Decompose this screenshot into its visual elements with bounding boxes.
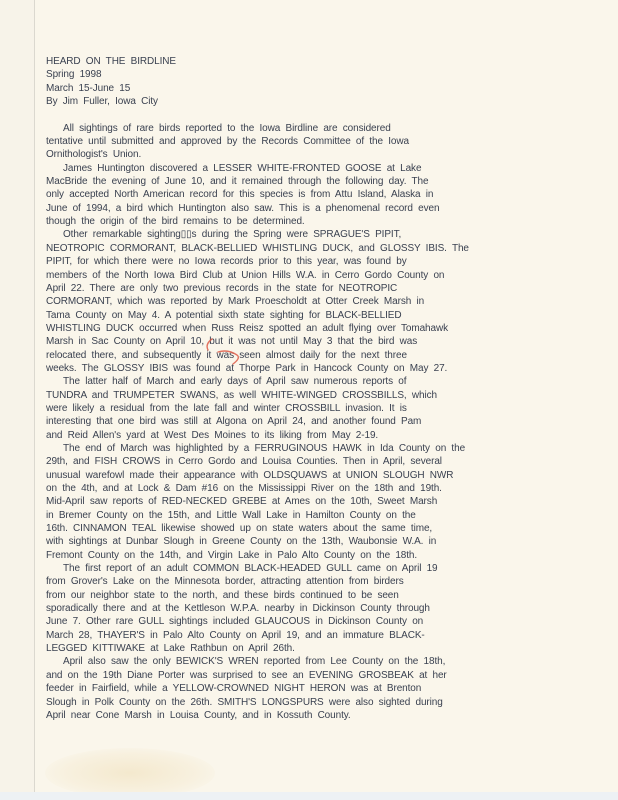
text-line: LEGGED KITTIWAKE at Lake Rathbun on Apri…	[46, 642, 476, 655]
text-line: and Reid Allen's yard at West Des Moines…	[46, 429, 476, 442]
text-line: All sightings of rare birds reported to …	[46, 122, 476, 135]
subtitle-daterange: March 15-June 15	[46, 82, 476, 95]
document-header: HEARD ON THE BIRDLINE Spring 1998 March …	[46, 55, 476, 108]
text-line: Tama County on May 4. A potential sixth …	[46, 309, 476, 322]
paragraph: James Huntington discovered a LESSER WHI…	[46, 162, 476, 229]
document-body: All sightings of rare birds reported to …	[46, 122, 476, 722]
text-line: June 7. Other rare GULL sightings includ…	[46, 615, 476, 628]
text-line: Other remarkable sighting▯▯s during the …	[46, 228, 476, 241]
text-line: unusual warefowl made their appearance w…	[46, 469, 476, 482]
text-line: James Huntington discovered a LESSER WHI…	[46, 162, 476, 175]
text-line: MacBride the evening of June 10, and it …	[46, 175, 476, 188]
paragraph: The first report of an adult COMMON BLAC…	[46, 562, 476, 655]
text-line: Marsh in Sac County on April 10, but it …	[46, 335, 476, 348]
text-line: on the 4th, and at Lock & Dam #16 on the…	[46, 482, 476, 495]
text-line: NEOTROPIC CORMORANT, BLACK-BELLIED WHIST…	[46, 242, 476, 255]
text-line: The first report of an adult COMMON BLAC…	[46, 562, 476, 575]
paragraph: April also saw the only BEWICK'S WREN re…	[46, 655, 476, 722]
text-line: weeks. The GLOSSY IBIS was found at Thor…	[46, 362, 476, 375]
text-line: Fremont County on the 14th, and Virgin L…	[46, 549, 476, 562]
title-line: HEARD ON THE BIRDLINE	[46, 55, 476, 68]
text-line: were likely a residual from the late fal…	[46, 402, 476, 415]
scanned-document-page: HEARD ON THE BIRDLINE Spring 1998 March …	[0, 0, 618, 800]
paragraph: The latter half of March and early days …	[46, 375, 476, 442]
paragraph: The end of March was highlighted by a FE…	[46, 442, 476, 562]
text-line: April 22. There are only two previous re…	[46, 282, 476, 295]
text-line: interesting that one bird was still at A…	[46, 415, 476, 428]
text-line: relocated there, and subsequently it was…	[46, 349, 476, 362]
text-line: The latter half of March and early days …	[46, 375, 476, 388]
text-line: Ornithologist's Union.	[46, 148, 476, 161]
scan-left-edge	[0, 0, 34, 800]
text-line: WHISTLING DUCK occurred when Russ Reisz …	[46, 322, 476, 335]
text-line: members of the North Iowa Bird Club at U…	[46, 269, 476, 282]
text-line: in Bremer County on the 15th, and Little…	[46, 509, 476, 522]
text-line: CORMORANT, which was reported by Mark Pr…	[46, 295, 476, 308]
paper-stain	[45, 748, 215, 798]
scan-bottom-edge	[0, 792, 618, 800]
text-line: tentative until submitted and approved b…	[46, 135, 476, 148]
text-line: and on the 19th Diane Porter was surpris…	[46, 669, 476, 682]
text-line: 29th, and FISH CROWS in Cerro Gordo and …	[46, 455, 476, 468]
text-line: Mid-April saw reports of RED-NECKED GREB…	[46, 495, 476, 508]
text-line: Slough in Polk County on the 26th. SMITH…	[46, 696, 476, 709]
text-line: The end of March was highlighted by a FE…	[46, 442, 476, 455]
text-line: 16th. CINNAMON TEAL likewise showed up o…	[46, 522, 476, 535]
text-line: March 28, THAYER'S in Palo Alto County o…	[46, 629, 476, 642]
text-line: from our neighbor state to the north, an…	[46, 589, 476, 602]
text-line: feeder in Fairfield, while a YELLOW-CROW…	[46, 682, 476, 695]
text-line: April also saw the only BEWICK'S WREN re…	[46, 655, 476, 668]
byline: By Jim Fuller, Iowa City	[46, 95, 476, 108]
document-text: HEARD ON THE BIRDLINE Spring 1998 March …	[46, 55, 476, 722]
subtitle-season: Spring 1998	[46, 68, 476, 81]
text-line: TUNDRA and TRUMPETER SWANS, as well WHIT…	[46, 389, 476, 402]
text-line: only accepted North American record for …	[46, 188, 476, 201]
text-line: with sightings at Dunbar Slough in Green…	[46, 535, 476, 548]
paragraph: Other remarkable sighting▯▯s during the …	[46, 228, 476, 375]
paragraph: All sightings of rare birds reported to …	[46, 122, 476, 162]
text-line: June of 1994, a bird which Huntington al…	[46, 202, 476, 215]
text-line: from Grover's Lake on the Minnesota bord…	[46, 575, 476, 588]
text-line: though the origin of the bird remains to…	[46, 215, 476, 228]
text-line: April near Cone Marsh in Louisa County, …	[46, 709, 476, 722]
text-line: PIPIT, for which there were no Iowa reco…	[46, 255, 476, 268]
page-edge-line	[34, 0, 35, 800]
text-line: sporadically there and at the Kettleson …	[46, 602, 476, 615]
